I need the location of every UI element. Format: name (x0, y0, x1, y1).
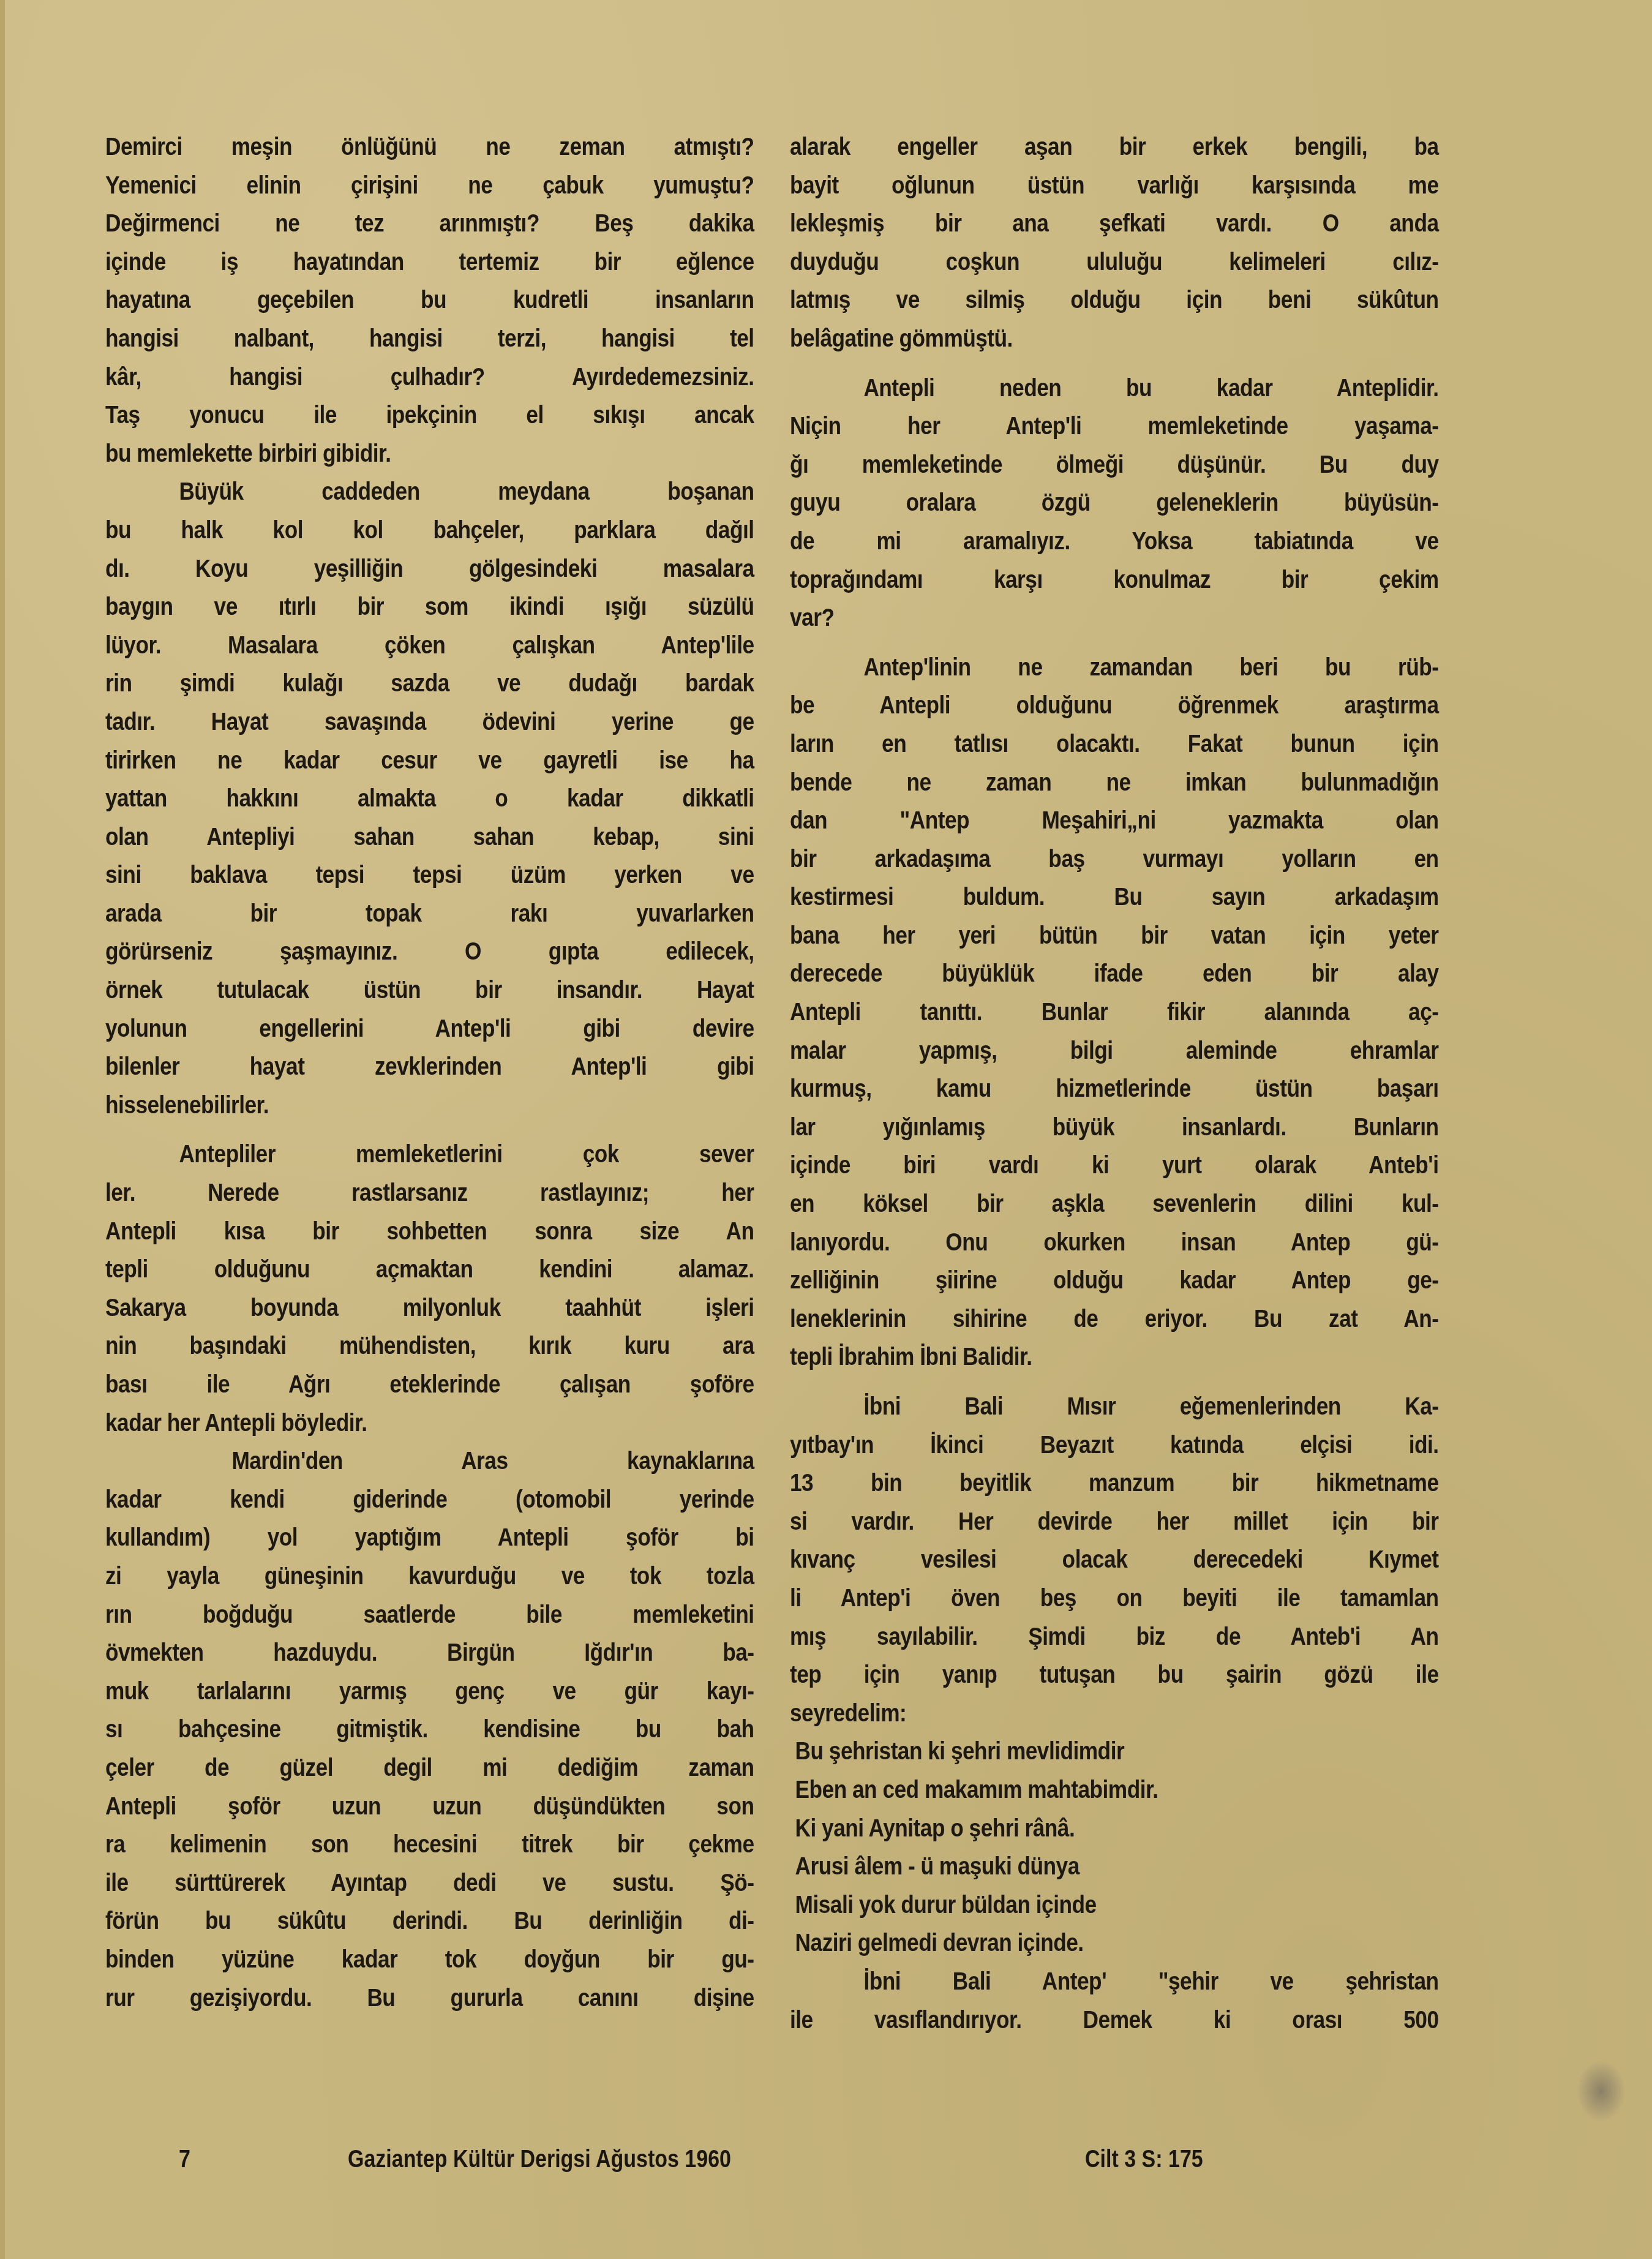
text-line: ile sürttürerek Ayıntap dedi ve sustu. Ş… (105, 1863, 754, 1902)
text-line: kadar kendi giderinde (otomobil yerinde (105, 1480, 754, 1519)
text-line: kıvanç vesilesi olacak derecedeki Kıymet (790, 1540, 1439, 1579)
text-line: dı. Koyu yeşilliğin gölgesindeki masalar… (105, 549, 754, 588)
text-line: çeler de güzel degil mi dediğim zaman (105, 1748, 754, 1787)
text-line: leneklerinin sihirine de eriyor. Bu zat … (790, 1299, 1439, 1338)
text-line: arada bir topak rakı yuvarlarken (105, 894, 754, 933)
text-line: seyredelim: (790, 1694, 1439, 1732)
text-line: lekleşmiş bir ana şefkati vardı. O anda (790, 204, 1439, 242)
text-line: Antepli kısa bir sohbetten sonra size An (105, 1212, 754, 1250)
text-line: alarak engeller aşan bir erkek bengili, … (790, 127, 1439, 166)
text-line: Niçin her Antep'li memleketinde yaşama- (790, 407, 1439, 445)
text-line: Antepli şoför uzun uzun düşündükten son (105, 1787, 754, 1825)
text-line: lanıyordu. Onu okurken insan Antep gü- (790, 1223, 1439, 1261)
text-line: en köksel bir aşkla sevenlerin dilini ku… (790, 1184, 1439, 1223)
text-line: olan Antepliyi sahan sahan kebap, sini (105, 818, 754, 856)
text-line: muk tarlalarını yarmış genç ve gür kayı- (105, 1672, 754, 1710)
text-line: tep için yanıp tutuşan bu şairin gözü il… (790, 1655, 1439, 1694)
text-line: tirirken ne kadar cesur ve gayretli ise … (105, 741, 754, 780)
text-line: Antepli tanıttı. Bunlar fikir alanında a… (790, 993, 1439, 1031)
verse-line: Bu şehristan ki şehri mevlidimdir (790, 1732, 1439, 1770)
text-line: latmış ve silmiş olduğu için beni sükûtu… (790, 280, 1439, 319)
text-line: ğı memleketinde ölmeği düşünür. Bu duy (790, 445, 1439, 484)
text-line: lüyor. Masalara çöken çalışkan Antep'lil… (105, 626, 754, 664)
text-line: sı bahçesine gitmiştik. kendisine bu bah (105, 1710, 754, 1748)
text-line: de mi aramalıyız. Yoksa tabiatında ve (790, 522, 1439, 560)
verse-line: Misali yok durur büldan içinde (790, 1885, 1439, 1924)
text-line: bası ile Ağrı eteklerinde çalışan şoföre (105, 1365, 754, 1404)
text-line: Sakarya boyunda milyonluk taahhüt işleri (105, 1288, 754, 1327)
text-line: zi yayla güneşinin kavurduğu ve tok tozl… (105, 1557, 754, 1595)
text-line: hayatına geçebilen bu kudretli insanları… (105, 280, 754, 319)
text-line: kullandım) yol yaptığım Antepli şoför bi (105, 1518, 754, 1557)
text-line: ler. Nerede rastlarsanız rastlayınız; he… (105, 1173, 754, 1212)
text-line: bu memlekette birbiri gibidir. (105, 434, 754, 473)
text-line: baygın ve ıtırlı bir som ikindi ışığı sü… (105, 587, 754, 626)
text-line: içinde iş hayatından tertemiz bir eğlenc… (105, 242, 754, 281)
page-edge (0, 0, 5, 2259)
paragraph-start: Antep'linin ne zamandan beri bu rüb- (790, 648, 1439, 686)
page-number: 7 (179, 2146, 190, 2173)
text-line: bu halk kol kol bahçeler, parklara dağıl (105, 511, 754, 549)
text-line: yattan hakkını almakta o kadar dikkatli (105, 779, 754, 818)
text-line: ile vasıflandırıyor. Demek ki orası 500 (790, 2001, 1439, 2039)
text-line: hisselenebilirler. (105, 1086, 754, 1124)
paragraph-start: Antepliler memleketlerini çok sever (105, 1135, 754, 1173)
left-column: Demirci meşin önlüğünü ne zeman atmıştı?… (105, 127, 664, 2017)
text-line: belâgatine gömmüştü. (790, 319, 1439, 358)
verse-line: Eben an ced makamım mahtabimdir. (790, 1770, 1439, 1809)
paragraph-start: Büyük caddeden meydana boşanan (105, 472, 754, 511)
text-line: toprağındamı karşı konulmaz bir çekim (790, 560, 1439, 599)
text-line: rur gezişiyordu. Bu gururla canını dişin… (105, 1979, 754, 2017)
text-line: kadar her Antepli böyledir. (105, 1404, 754, 1442)
text-line: bana her yeri bütün bir vatan için yeter (790, 916, 1439, 955)
text-line: tepli olduğunu açmaktan kendini alamaz. (105, 1250, 754, 1288)
volume-issue: Cilt 3 S: 175 (1085, 2146, 1203, 2173)
text-line: övmekten hazduydu. Birgün Iğdır'ın ba- (105, 1633, 754, 1672)
text-line: rın boğduğu saatlerde bile memleketini (105, 1595, 754, 1634)
journal-title: Gaziantep Kültür Derigsi Ağustos 1960 (348, 2146, 731, 2173)
text-line: dan "Antep Meşahiri„ni yazmakta olan (790, 801, 1439, 840)
text-line: sini baklava tepsi tepsi üzüm yerken ve (105, 855, 754, 894)
paragraph-start: İbni Bali Mısır eğemenlerinden Ka- (790, 1387, 1439, 1426)
verse-line: Ki yani Aynitap o şehri rânâ. (790, 1809, 1439, 1847)
ink-smudge (1577, 2061, 1626, 2122)
verse-line: Naziri gelmedi devran içinde. (790, 1923, 1439, 1962)
text-line: örnek tutulacak üstün bir insandır. Haya… (105, 971, 754, 1009)
text-line: be Antepli olduğunu öğrenmek araştırma (790, 686, 1439, 724)
text-line: förün bu sükûtu derindi. Bu derinliğin d… (105, 1901, 754, 1940)
text-line: si vardır. Her devirde her millet için b… (790, 1502, 1439, 1541)
text-line: kestirmesi buldum. Bu sayın arkadaşım (790, 878, 1439, 916)
text-line: Demirci meşin önlüğünü ne zeman atmıştı? (105, 127, 754, 166)
right-column: alarak engeller aşan bir erkek bengili, … (790, 127, 1348, 2039)
text-line: binden yüzüne kadar tok doyğun bir gu- (105, 1940, 754, 1979)
text-line: bilenler hayat zevklerinden Antep'li gib… (105, 1047, 754, 1086)
text-line: kâr, hangisi çulhadır? Ayırdedemezsiniz. (105, 358, 754, 396)
text-line: malar yapmış, bilgi aleminde ehramlar (790, 1031, 1439, 1070)
text-line: rin şimdi kulağı sazda ve dudağı bardak (105, 664, 754, 702)
text-line: bir arkadaşıma baş vurmayı yolların en (790, 840, 1439, 878)
text-line: tadır. Hayat savaşında ödevini yerine ge (105, 702, 754, 741)
text-line: bayit oğlunun üstün varlığı karşısında m… (790, 166, 1439, 205)
paragraph-start: Mardin'den Aras kaynaklarına (105, 1441, 754, 1480)
text-line: nin başındaki mühendisten, kırık kuru ar… (105, 1326, 754, 1365)
text-line: 13 bin beyitlik manzum bir hikmetname (790, 1464, 1439, 1502)
text-line: kurmuş, kamu hizmetlerinde üstün başarı (790, 1069, 1439, 1108)
text-line: içinde biri vardı ki yurt olarak Anteb'i (790, 1146, 1439, 1184)
paragraph-start: Antepli neden bu kadar Anteplidir. (790, 369, 1439, 407)
text-line: hangisi nalbant, hangisi terzi, hangisi … (105, 319, 754, 358)
text-line: ra kelimenin son hecesini titrek bir çek… (105, 1825, 754, 1863)
text-line: Taş yonucu ile ipekçinin el sıkışı ancak (105, 396, 754, 434)
text-line: yolunun engellerini Antep'li gibi devire (105, 1009, 754, 1048)
text-line: var? (790, 598, 1439, 637)
paragraph-start: İbni Bali Antep' "şehir ve şehristan (790, 1962, 1439, 2001)
text-line: lar yığınlamış büyük insanlardı. Bunları… (790, 1108, 1439, 1146)
text-line: Yemenici elinin çirişini ne çabuk yumuşt… (105, 166, 754, 205)
text-line: mış sayılabilir. Şimdi biz de Anteb'i An (790, 1617, 1439, 1656)
text-line: yıtbay'ın İkinci Beyazıt katında elçisi … (790, 1426, 1439, 1464)
text-line: ların en tatlısı olacaktı. Fakat bunun i… (790, 724, 1439, 763)
text-line: zelliğinin şiirine olduğu kadar Antep ge… (790, 1261, 1439, 1299)
text-line: duyduğu coşkun ululuğu kelimeleri cılız- (790, 242, 1439, 281)
verse-line: Arusi âlem - ü maşuki dünya (790, 1847, 1439, 1885)
text-line: Değirmenci ne tez arınmıştı? Beş dakika (105, 204, 754, 242)
text-line: derecede büyüklük ifade eden bir alay (790, 954, 1439, 993)
text-line: li Antep'i öven beş on beyiti ile tamaml… (790, 1579, 1439, 1617)
text-line: bende ne zaman ne imkan bulunmadığın (790, 763, 1439, 802)
text-line: tepli İbrahim İbni Balidir. (790, 1337, 1439, 1376)
poem-verse: Bu şehristan ki şehri mevlidimdir Eben a… (790, 1732, 1439, 1962)
text-line: görürseniz şaşmayınız. O gıpta edilecek, (105, 932, 754, 971)
text-line: guyu oralara özgü geleneklerin büyüsün- (790, 483, 1439, 522)
